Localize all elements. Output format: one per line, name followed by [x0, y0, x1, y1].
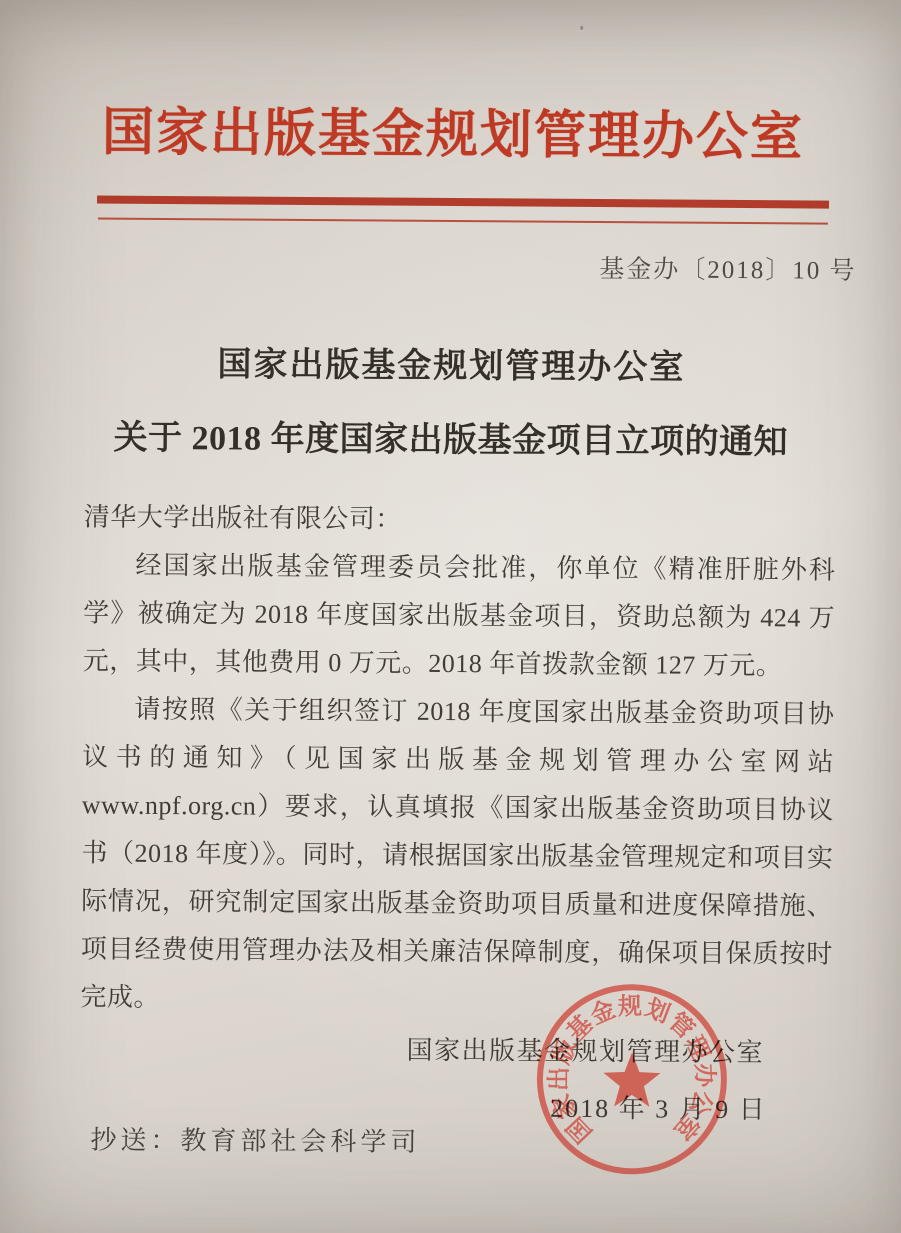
notice-title-subject: 关于 2018 年度国家出版基金项目立项的通知	[0, 409, 901, 464]
paragraph-instructions: 请按照《关于组织签订 2018 年度国家出版基金资助项目协议书的通知》（见国家出…	[80, 685, 834, 1026]
letterhead-rule-thick	[97, 196, 829, 209]
letterhead-rule-thin	[98, 218, 828, 225]
paper-speck	[580, 26, 583, 30]
letterhead-title: 国家出版基金规划管理办公室	[2, 89, 901, 170]
document-number: 基金办〔2018〕10 号	[599, 249, 857, 287]
document-content: 国家出版基金规划管理办公室 基金办〔2018〕10 号 国家出版基金规划管理办公…	[0, 0, 901, 1233]
paragraph-grant-approval: 经国家出版基金管理委员会批准，你单位《精准肝脏外科学》被确定为 2018 年度国…	[83, 541, 836, 690]
document-page: 国家出版基金规划管理办公室 基金办〔2018〕10 号 国家出版基金规划管理办公…	[0, 0, 901, 1233]
notice-body: 清华大学出版社有限公司： 经国家出版基金管理委员会批准，你单位《精准肝脏外科学》…	[80, 493, 836, 1026]
salutation: 清华大学出版社有限公司：	[84, 493, 836, 546]
seal-star-icon	[603, 1052, 660, 1107]
cc-line: 抄送：教育部社会科学司	[90, 1120, 420, 1159]
official-seal: 国家出版基金规划管理办公室	[531, 979, 732, 1180]
notice-title-org: 国家出版基金规划管理办公室	[1, 335, 901, 390]
signature-block: 国家出版基金规划管理办公室 2018 年 3 月 9 日	[0, 1027, 897, 1127]
